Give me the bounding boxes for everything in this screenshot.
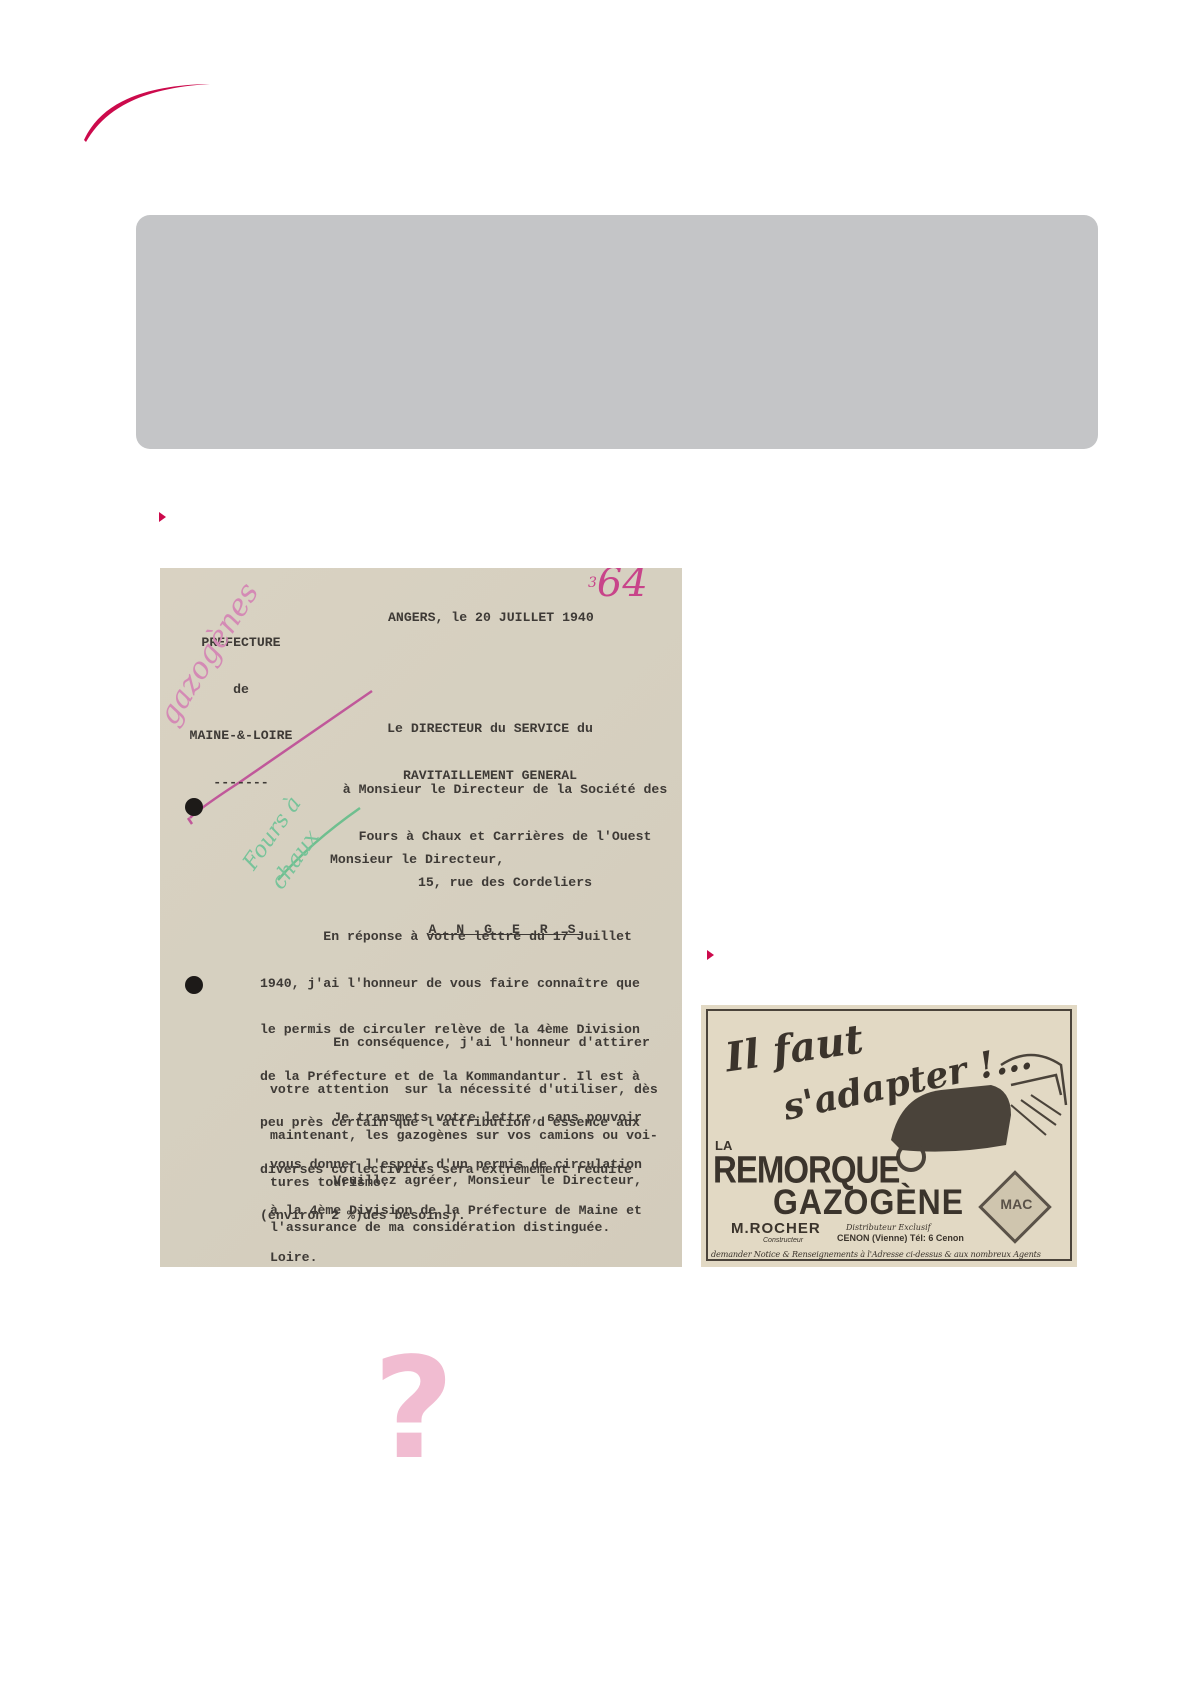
letter-document-image: PREFECTURE de MAINE-&-LOIRE ------- ANGE… — [160, 568, 682, 1267]
ad-maker: M.ROCHER — [731, 1220, 821, 1237]
bullet-triangle-icon — [707, 950, 714, 960]
letter-date: ANGERS, le 20 JUILLET 1940 — [388, 610, 594, 626]
corner-arc-icon — [80, 80, 220, 150]
punch-hole-icon — [185, 976, 203, 994]
grey-text-panel — [136, 215, 1098, 449]
handwritten-number: 364 — [588, 576, 648, 601]
letter-salutation: Monsieur le Directeur, — [330, 852, 504, 868]
question-mark-icon: ? — [373, 1340, 454, 1480]
bullet-triangle-icon — [159, 512, 166, 522]
ad-call-to-action: demander Notice & Renseignements à l'Adr… — [711, 1249, 1041, 1259]
gazogene-advertisement-image: Il faut s'adapter !... LA REMORQUE GAZOG… — [701, 1005, 1077, 1267]
letter-closing: Veuillez agréer, Monsieur le Directeur, … — [270, 1142, 642, 1266]
ad-maker-role: Constructeur — [763, 1237, 803, 1244]
ad-distributor-label: Distributeur Exclusif — [846, 1223, 931, 1232]
ad-location: CENON (Vienne) Tél: 6 Cenon — [837, 1233, 964, 1243]
ad-product-line2: GAZOGÈNE — [773, 1182, 964, 1223]
